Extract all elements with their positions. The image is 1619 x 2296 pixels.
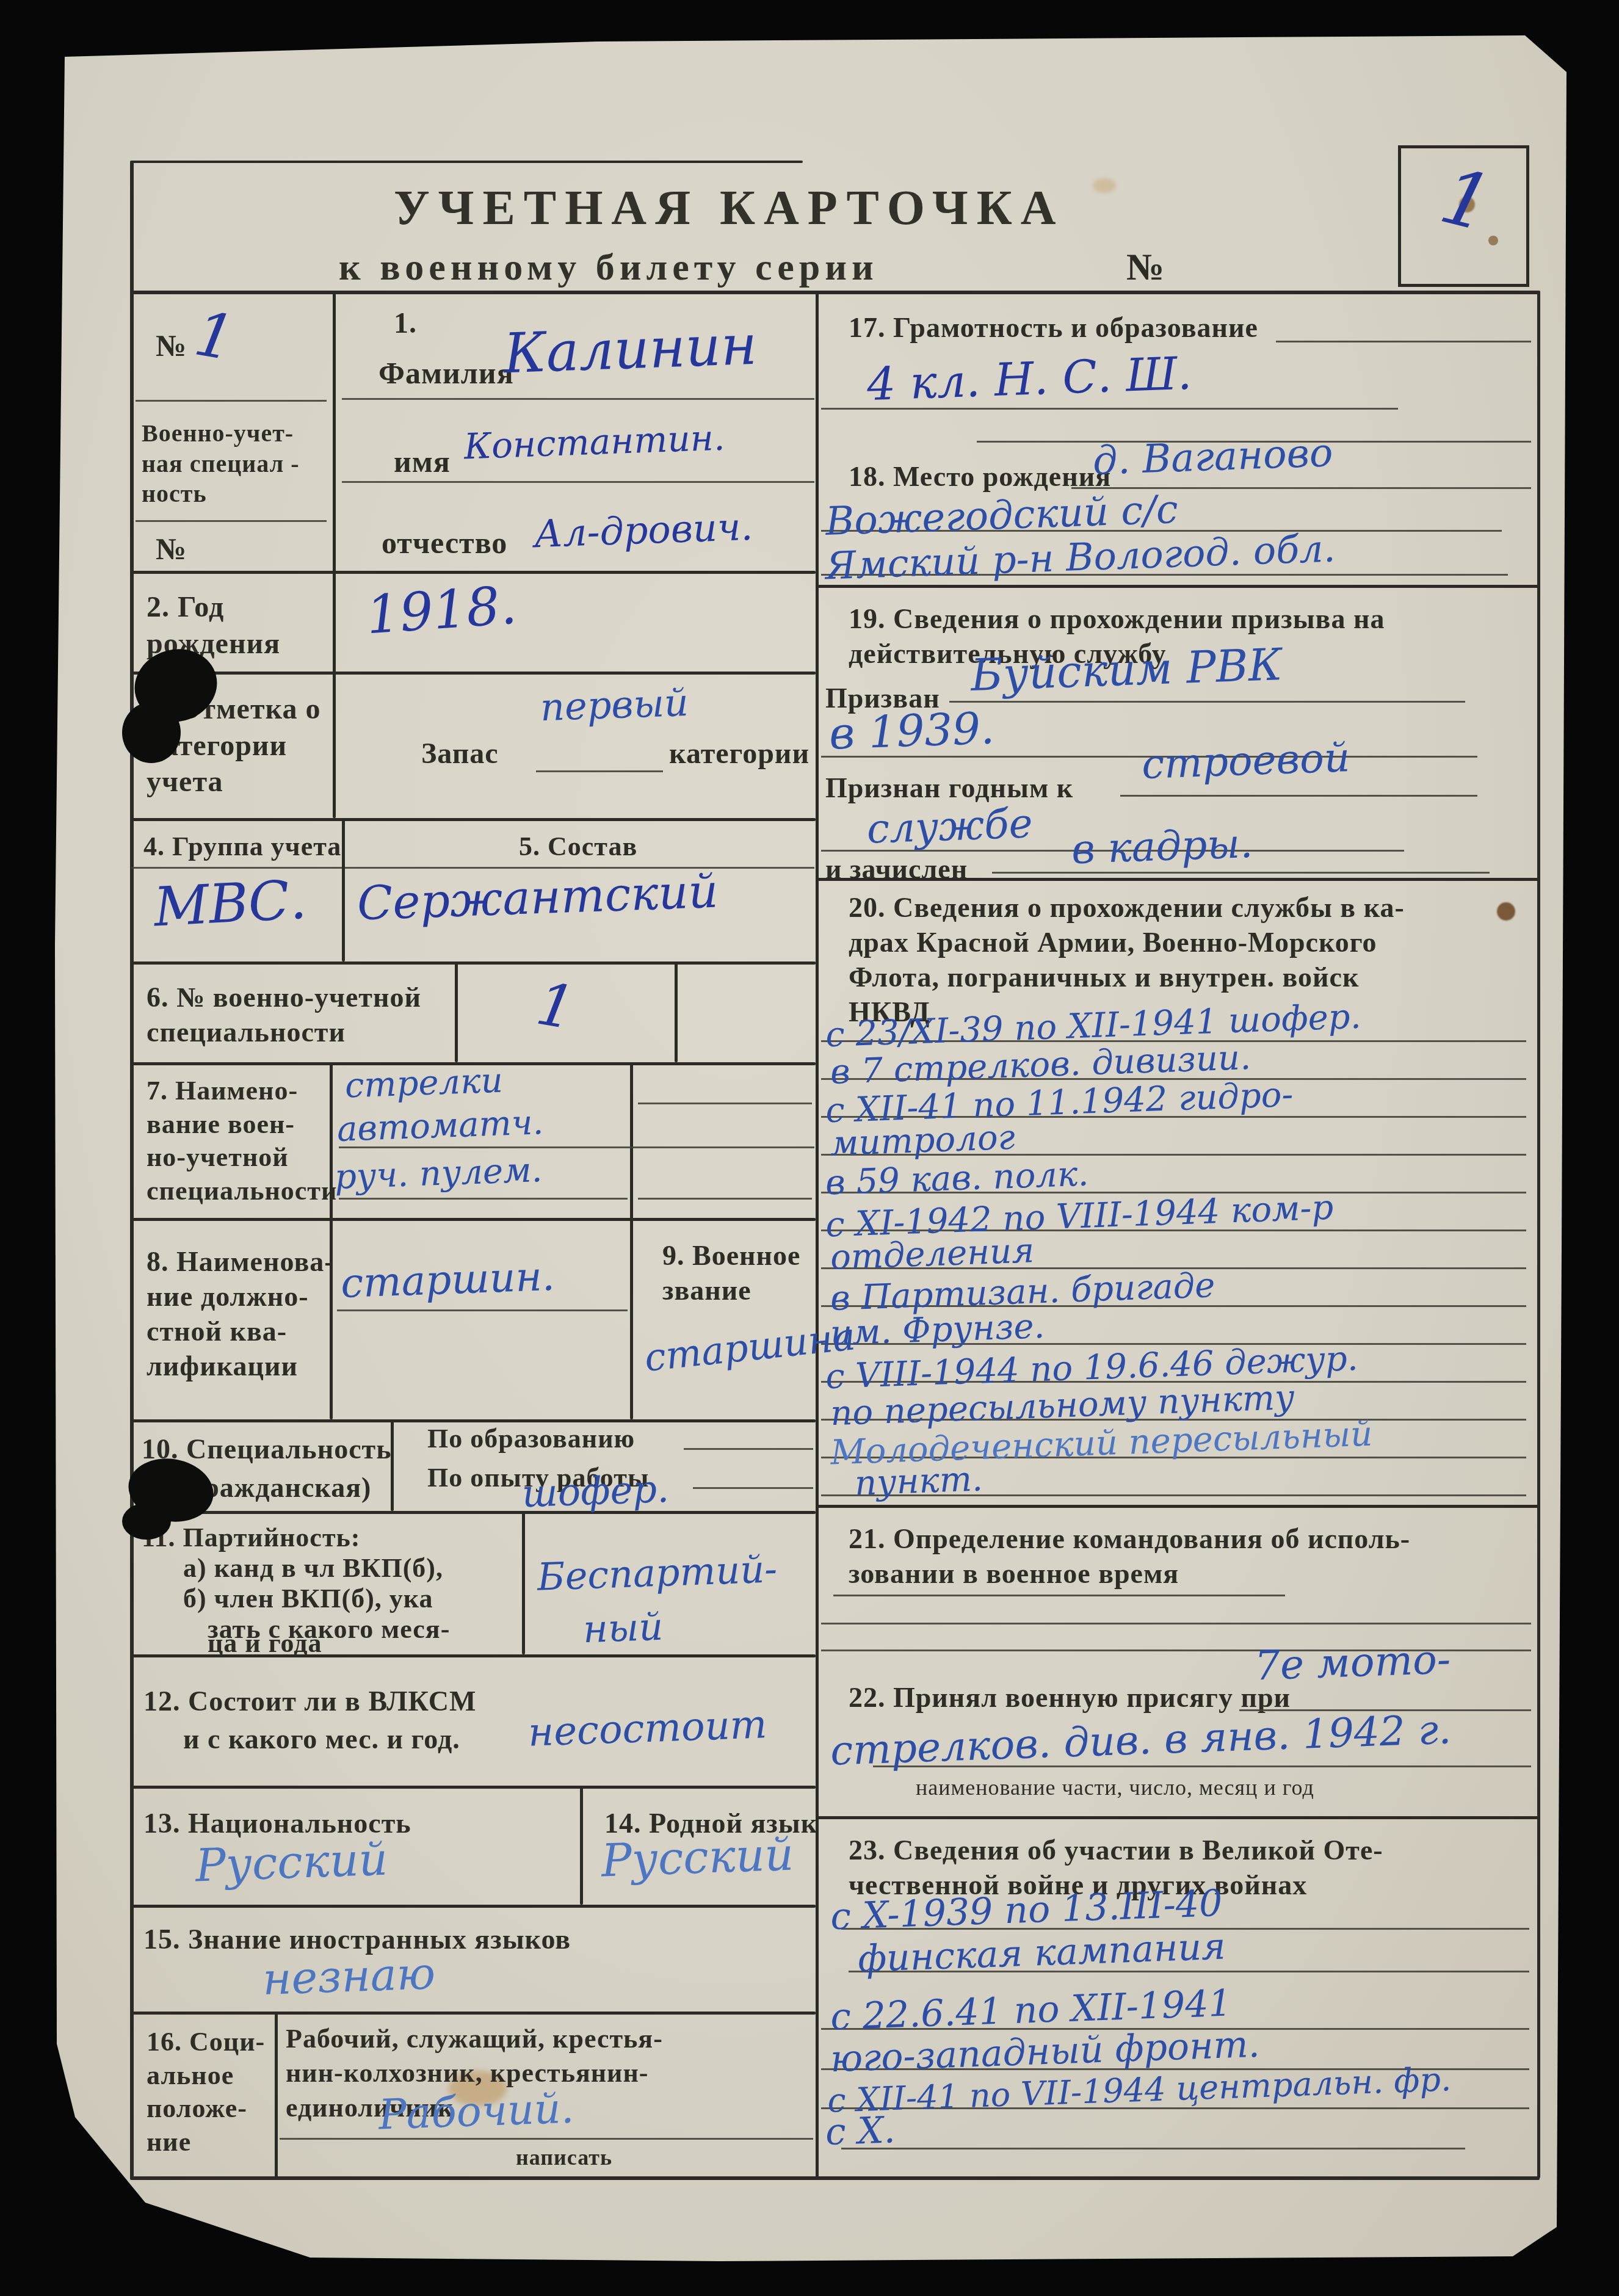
row-divider <box>131 1218 816 1221</box>
oath-value1: 7е мото- <box>1254 1635 1452 1689</box>
group-label: 4. Группа учета <box>143 830 341 864</box>
vlksm-label: 12. Состоит ли в ВЛКСМ <box>143 1684 476 1718</box>
rule-line <box>684 1448 813 1450</box>
border-line <box>130 161 134 2178</box>
cell-divider <box>333 293 336 818</box>
cell-divider <box>342 818 345 961</box>
service-line: отделения <box>830 1231 1035 1278</box>
godnym-value2: службе <box>866 800 1034 852</box>
vus-number-field-label: 6. № военно-учетной специальности <box>147 980 421 1049</box>
party-label: 11. Партийность: <box>142 1521 360 1555</box>
cell-divider <box>675 961 678 1062</box>
group-value: МВС. <box>152 868 308 939</box>
vus-name-line3: руч. пулем. <box>334 1150 543 1197</box>
vus-name-line2: автоматч. <box>336 1103 544 1150</box>
cell-divider <box>522 1511 525 1654</box>
cell-divider <box>455 961 458 1062</box>
rule-line <box>821 1623 1531 1624</box>
godnym-value: строевой <box>1141 734 1351 788</box>
literacy-label: 17. Грамотность и образование <box>849 310 1258 345</box>
birthplace-line1: д. Ваганово <box>1092 430 1334 484</box>
rule-line <box>280 2138 813 2140</box>
by-education-label: По образованию <box>427 1422 635 1456</box>
rule-line <box>638 1198 812 1200</box>
godnym-label: Признан годным к <box>825 770 1073 805</box>
service-line: пункт. <box>854 1459 983 1503</box>
party-item-b: б) член ВКП(б), ука <box>183 1582 433 1616</box>
row-divider <box>131 1905 816 1908</box>
rule-line <box>833 1595 1285 1596</box>
cell-divider <box>275 2012 278 2178</box>
cell-divider <box>630 1062 633 1419</box>
rule-line <box>136 520 327 522</box>
surname-value: Калинин <box>502 313 758 386</box>
prizvan-value2: в 1939. <box>828 702 996 759</box>
rule-line <box>536 770 663 772</box>
vus-number-label: № <box>156 530 187 568</box>
border-line <box>130 291 1540 294</box>
row-divider <box>131 1511 816 1514</box>
border-line <box>131 161 803 163</box>
cell-divider <box>580 1786 583 1905</box>
rule-line <box>342 481 814 483</box>
scanned-military-card: { "header": { "title": "УЧЕТНАЯ КАРТОЧКА… <box>0 0 1619 2296</box>
row-divider <box>131 2012 816 2015</box>
field-number-label: № <box>156 327 187 364</box>
border-line <box>816 291 819 2178</box>
border-line <box>130 2176 1540 2180</box>
vus-name-label: 7. Наимено- вание воен- но-учетной специ… <box>147 1074 337 1208</box>
name-label: имя <box>394 443 451 480</box>
ink-blot <box>122 1503 171 1540</box>
row-divider <box>131 1786 816 1789</box>
category-value: первый <box>540 680 689 730</box>
sostav-label: 5. Состав <box>519 830 637 864</box>
rule-line <box>337 1309 628 1311</box>
vlksm-value: несостоит <box>527 1702 768 1756</box>
patronymic-value: Ал-дрович. <box>534 504 753 556</box>
row-divider <box>817 585 1538 588</box>
rule-line <box>992 872 1490 874</box>
row-divider <box>131 961 816 965</box>
foreign-languages-value: незнаю <box>262 1947 436 2005</box>
card-subtitle: к военному билету серии <box>339 244 878 291</box>
series-number-symbol: № <box>1126 244 1165 291</box>
rule-line <box>841 2148 1465 2149</box>
patronymic-label: отчество <box>382 524 507 562</box>
rule-line <box>136 400 327 402</box>
prizvan-value: Буйским РВК <box>970 639 1283 701</box>
war-line: с X. <box>825 2109 896 2154</box>
surname-label: Фамилия <box>378 354 514 392</box>
social-status-value: Рабочий. <box>378 2084 575 2139</box>
zachislen-value: в кадры. <box>1071 820 1253 873</box>
rule-line <box>339 1198 628 1200</box>
kategorii-label: категории <box>669 736 810 772</box>
vus-name-line1: стрелки <box>344 1061 504 1106</box>
wartime-use-label: 21. Определение командования об исполь- … <box>849 1521 1410 1591</box>
rule-line <box>693 1487 813 1489</box>
stain-spot <box>1093 178 1116 193</box>
party-value-line1: Беспартий- <box>537 1546 778 1599</box>
stain-spot <box>1497 902 1515 921</box>
row-divider <box>817 1505 1538 1508</box>
birth-year-value: 1918. <box>364 575 519 646</box>
qualification-label: 8. Наименова- ние должно- стной ква- лиф… <box>147 1244 335 1383</box>
nationality-value: Русский <box>195 1833 389 1892</box>
service-line: им. Фрунзе. <box>830 1306 1045 1353</box>
ink-blot <box>122 702 181 763</box>
social-status-label: 16. Соци- альное положе- ние <box>147 2026 265 2159</box>
service-line: митролог <box>830 1118 1016 1164</box>
native-language-value: Русский <box>601 1828 795 1888</box>
zachislen-label: и зачислен <box>825 852 968 886</box>
rule-line <box>1276 341 1531 342</box>
vlksm-label2: и с какого мес. и год. <box>183 1722 460 1756</box>
oath-label: 22. Принял военную присягу при <box>849 1680 1291 1715</box>
vus-label: Военно-учет- ная специал - ность <box>142 418 299 509</box>
oath-caption: наименование части, число, месяц и год <box>916 1774 1314 1802</box>
civil-specialty-value: шофер. <box>521 1466 670 1516</box>
party-value-line2: ный <box>582 1604 664 1652</box>
card-title: УЧЕТНАЯ КАРТОЧКА <box>394 178 1065 239</box>
row-divider <box>131 571 816 574</box>
rule-line <box>638 1103 812 1104</box>
social-status-caption: написать <box>516 2144 612 2171</box>
rule-line <box>949 701 1465 703</box>
rule-line <box>1120 795 1477 797</box>
party-item-b3: ца и года <box>208 1627 322 1660</box>
qualification-value: старшин. <box>340 1253 556 1307</box>
rule-line <box>342 398 814 400</box>
section1-number: 1. <box>394 305 417 342</box>
border-line <box>1537 291 1540 2178</box>
row-divider <box>131 672 816 675</box>
rank-label: 9. Военное звание <box>662 1238 801 1308</box>
party-item-a: а) канд в чл ВКП(б), <box>183 1552 443 1585</box>
row-divider <box>131 818 816 821</box>
row-divider <box>817 1816 1538 1819</box>
zapas-label: Запас <box>421 736 499 772</box>
